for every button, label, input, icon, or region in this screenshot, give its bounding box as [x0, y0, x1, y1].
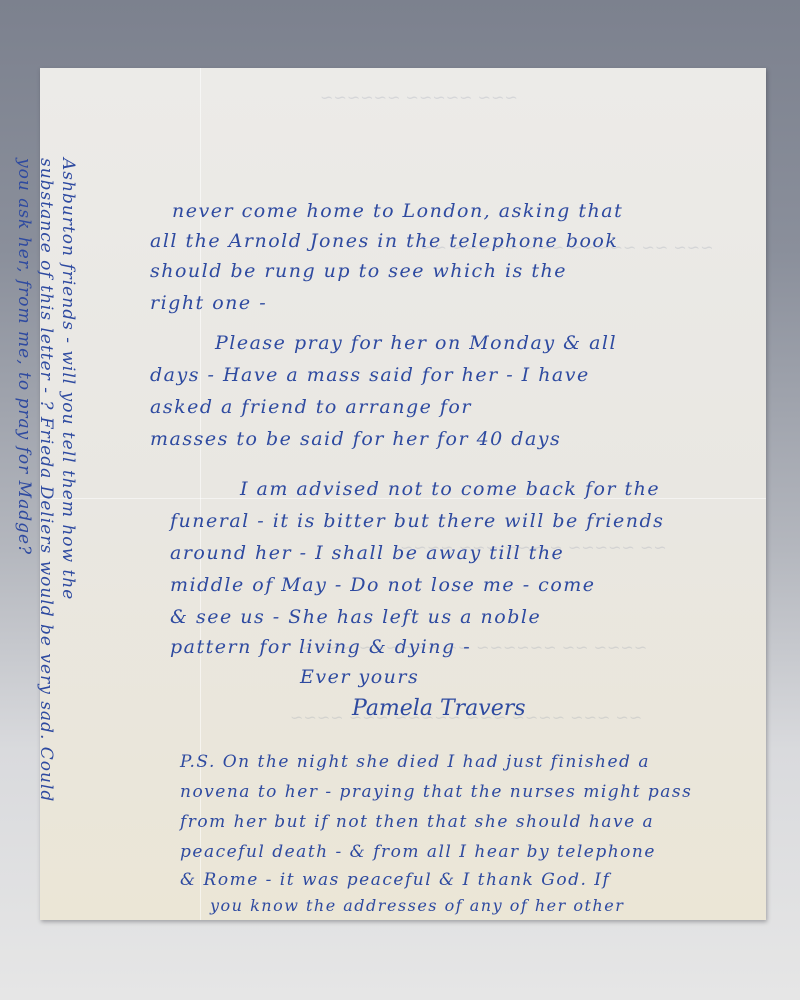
- body-line: middle of May - Do not lose me - come: [170, 574, 596, 596]
- body-line: funeral - it is bitter but there will be…: [170, 510, 664, 532]
- postscript-line: you know the addresses of any of her oth…: [210, 896, 624, 915]
- body-line: days - Have a mass said for her - I have: [150, 364, 590, 386]
- body-line: around her - I shall be away till the: [170, 542, 564, 564]
- postscript-line: & Rome - it was peaceful & I thank God. …: [180, 870, 610, 890]
- margin-note-line: Ashburton friends - will you tell them h…: [56, 158, 78, 802]
- closing: Ever yours: [300, 666, 419, 688]
- margin-note-line: you ask her, from me, to pray for Madge?: [12, 158, 34, 802]
- bleed-through-text: ~~~ ~~~~~ ~~~~~~: [320, 88, 518, 107]
- body-line: should be rung up to see which is the: [150, 260, 567, 282]
- margin-note-line: substance of this letter - ? Frieda Deli…: [34, 158, 56, 802]
- body-line: right one -: [150, 292, 267, 314]
- postscript-line: from her but if not then that she should…: [180, 812, 654, 832]
- postscript-line: P.S. On the night she died I had just fi…: [180, 752, 650, 772]
- body-line: masses to be said for her for 40 days: [150, 428, 561, 450]
- body-line: Please pray for her on Monday & all: [215, 332, 617, 354]
- body-line: asked a friend to arrange for: [150, 396, 472, 418]
- body-line: & see us - She has left us a noble: [170, 606, 541, 628]
- postscript-line: peaceful death - & from all I hear by te…: [180, 842, 656, 862]
- body-line: pattern for living & dying -: [170, 636, 471, 658]
- body-line: I am advised not to come back for the: [240, 478, 660, 500]
- postscript-line: novena to her - praying that the nurses …: [180, 782, 692, 802]
- body-line: never come home to London, asking that: [172, 200, 623, 222]
- margin-note: Ashburton friends - will you tell them h…: [12, 158, 78, 802]
- body-line: all the Arnold Jones in the telephone bo…: [150, 230, 618, 252]
- signature: Pamela Travers: [352, 696, 526, 721]
